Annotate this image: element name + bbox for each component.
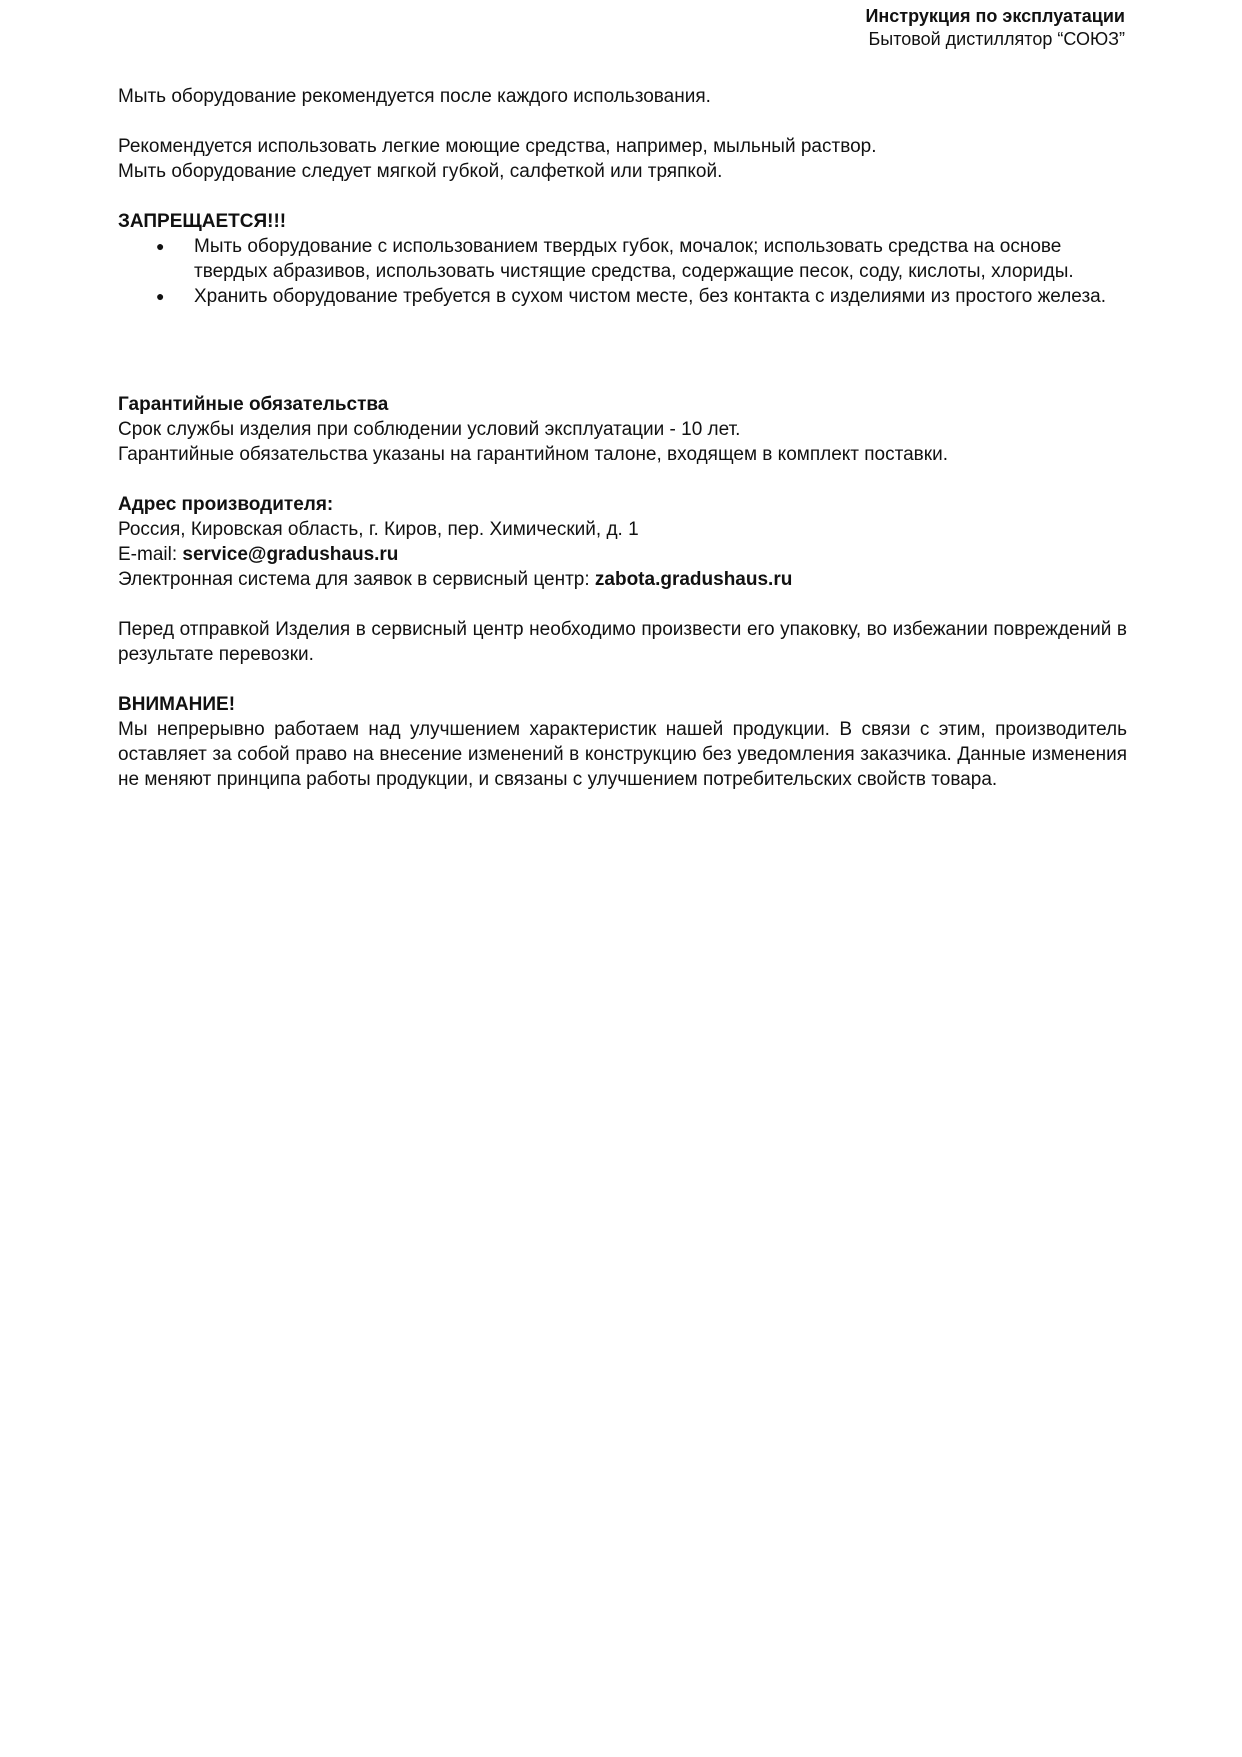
care-detergent: Рекомендуется использовать легкие моющие… (118, 134, 1127, 159)
prohibited-list: ● Мыть оборудование с использованием тве… (118, 234, 1127, 309)
prohibited-item: ● Мыть оборудование с использованием тве… (118, 234, 1127, 284)
attention-text: Мы непрерывно работаем над улучшением ха… (118, 717, 1127, 792)
shipping-note: Перед отправкой Изделия в сервисный цент… (118, 617, 1127, 667)
manufacturer-address: Россия, Кировская область, г. Киров, пер… (118, 517, 1127, 542)
bullet-icon: ● (156, 284, 164, 309)
email-label: E-mail: (118, 544, 182, 565)
warranty-service-life: Срок службы изделия при соблюдении услов… (118, 417, 1127, 442)
prohibited-heading: ЗАПРЕЩАЕТСЯ!!! (118, 209, 1127, 234)
service-url-link[interactable]: zabota.gradushaus.ru (595, 569, 792, 590)
email-link[interactable]: service@gradushaus.ru (182, 544, 398, 565)
bullet-icon: ● (156, 234, 164, 259)
document-body: Мыть оборудование рекомендуется после ка… (118, 84, 1127, 792)
warranty-coupon-note: Гарантийные обязательства указаны на гар… (118, 442, 1127, 467)
care-method: Мыть оборудование следует мягкой губкой,… (118, 159, 1127, 184)
prohibited-item: ● Хранить оборудование требуется в сухом… (118, 284, 1127, 309)
service-center-line: Электронная система для заявок в сервисн… (118, 567, 1127, 592)
attention-heading: ВНИМАНИЕ! (118, 692, 1127, 717)
warranty-heading: Гарантийные обязательства (118, 392, 1127, 417)
manufacturer-email-line: E-mail: service@gradushaus.ru (118, 542, 1127, 567)
prohibited-item-text: Мыть оборудование с использованием тверд… (194, 236, 1074, 282)
page-header: Инструкция по эксплуатации Бытовой дисти… (865, 5, 1125, 51)
service-label: Электронная система для заявок в сервисн… (118, 569, 595, 590)
product-name: Бытовой дистиллятор “СОЮЗ” (865, 28, 1125, 51)
care-recommendation: Мыть оборудование рекомендуется после ка… (118, 84, 1127, 109)
prohibited-item-text: Хранить оборудование требуется в сухом ч… (194, 286, 1106, 307)
manufacturer-heading: Адрес производителя: (118, 492, 1127, 517)
document-title: Инструкция по эксплуатации (865, 5, 1125, 28)
